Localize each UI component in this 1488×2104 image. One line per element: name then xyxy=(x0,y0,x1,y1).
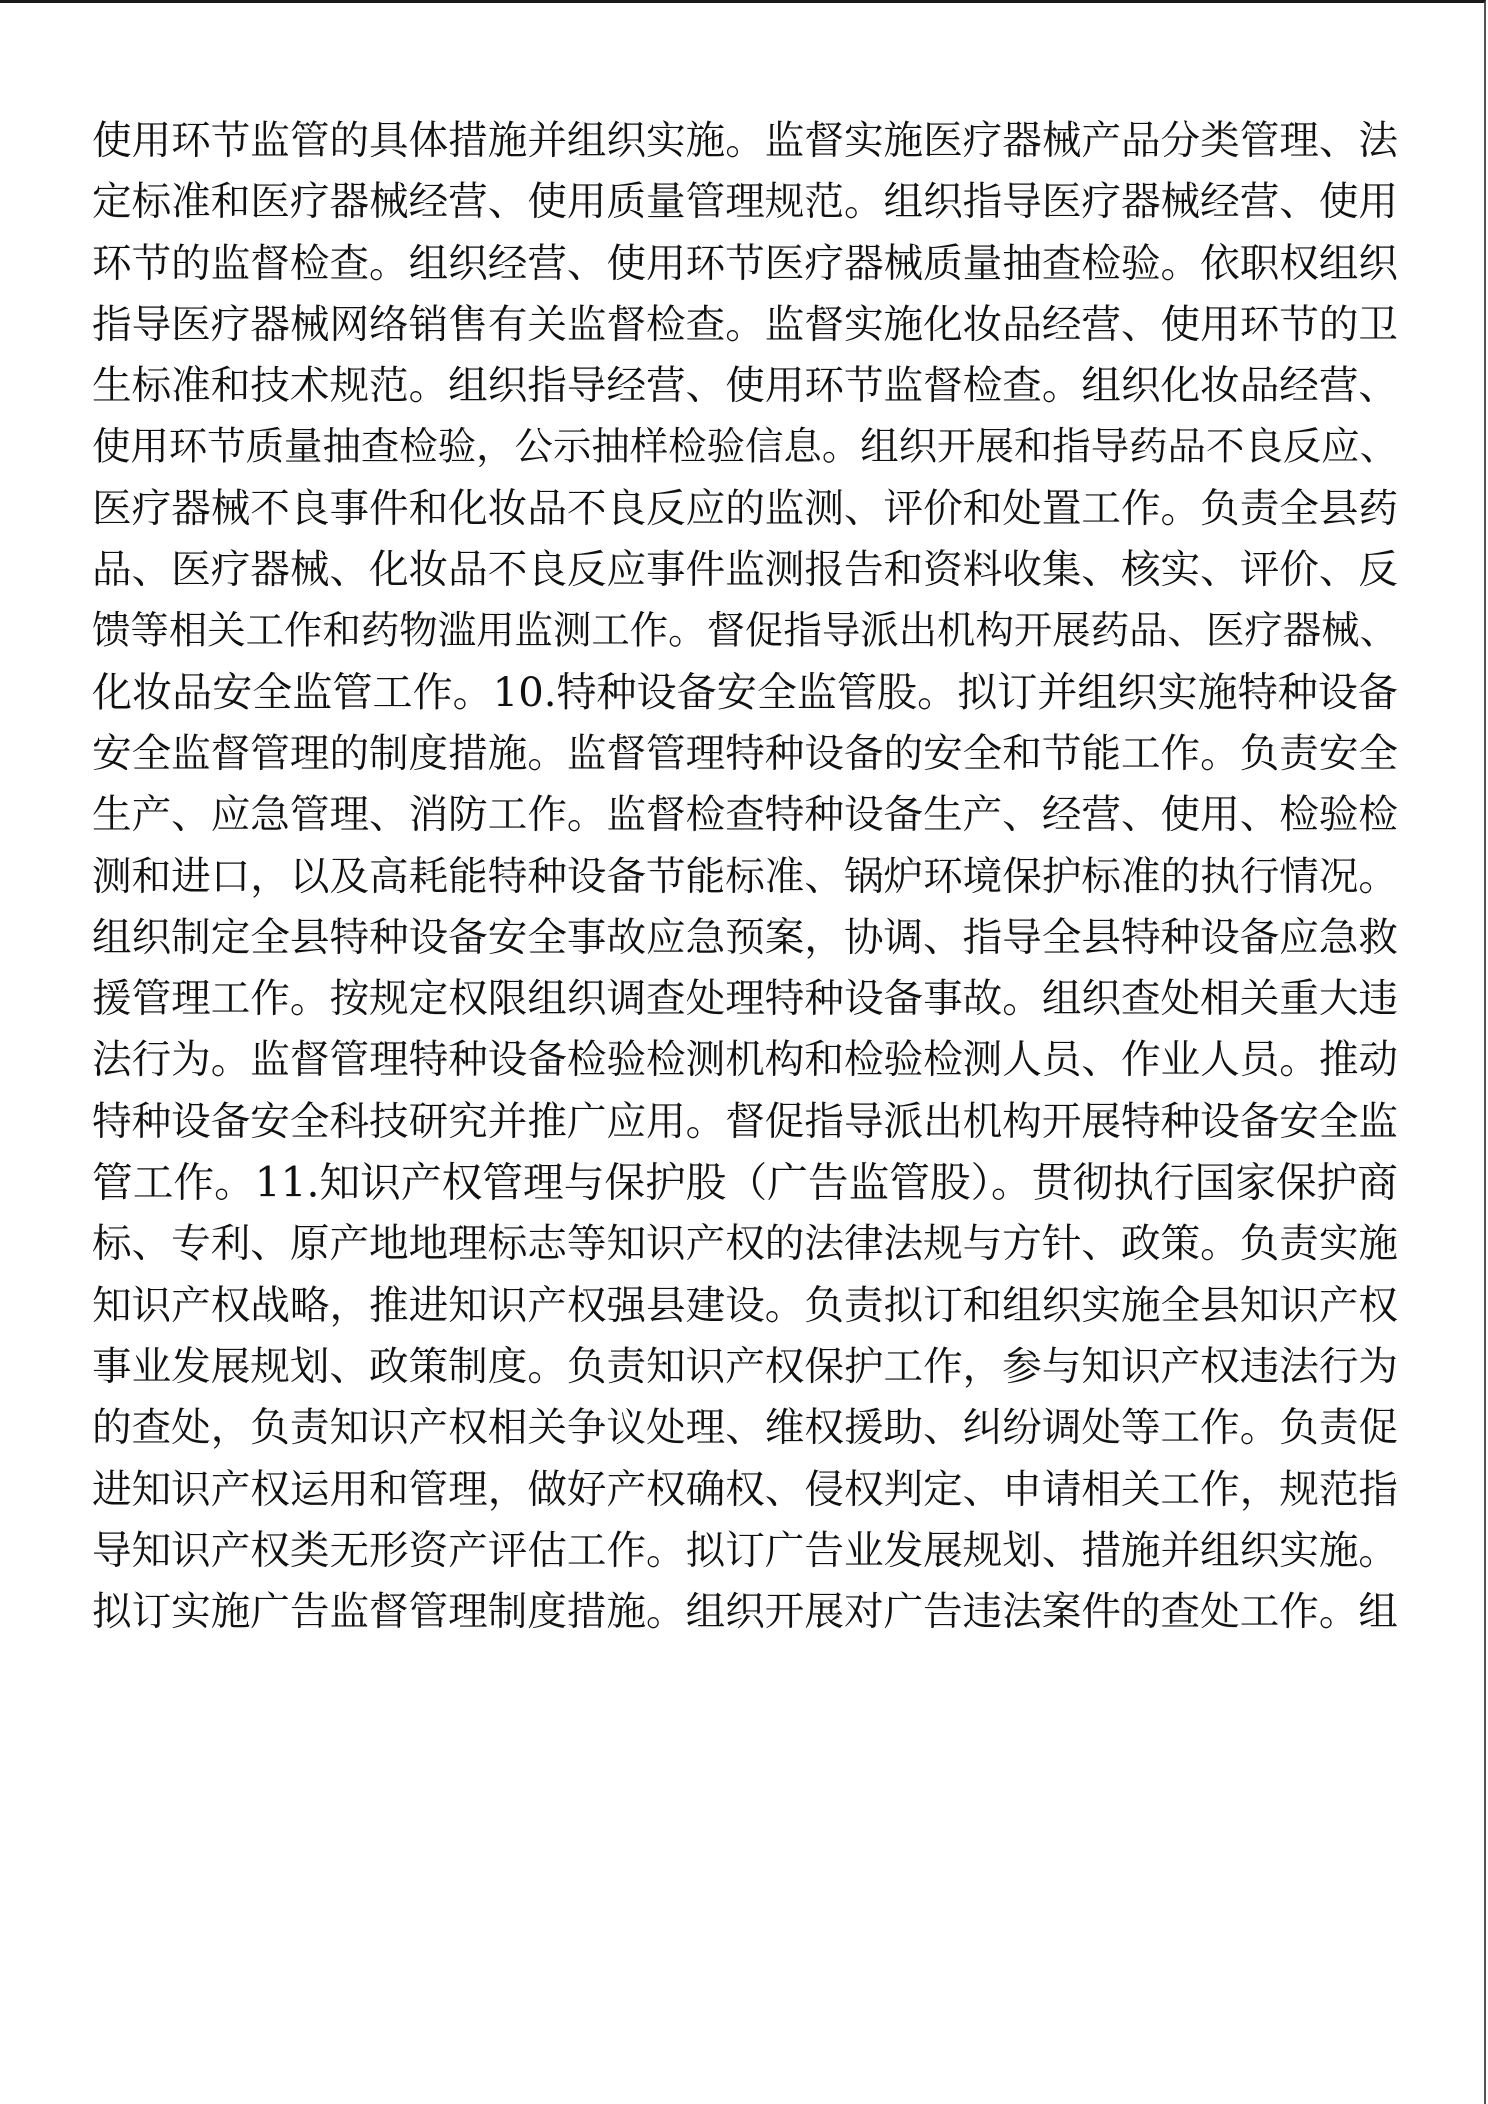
text-line: 拟订实施广告监督管理制度措施。组织开展对广告违法案件的查处工作。组 xyxy=(92,1572,1398,1653)
document-page: 使用环节监管的具体措施并组织实施。监督实施医疗器械产品分类管理、法 定标准和医疗… xyxy=(0,0,1486,2104)
body-text: 使用环节监管的具体措施并组织实施。监督实施医疗器械产品分类管理、法 定标准和医疗… xyxy=(92,111,1398,1643)
